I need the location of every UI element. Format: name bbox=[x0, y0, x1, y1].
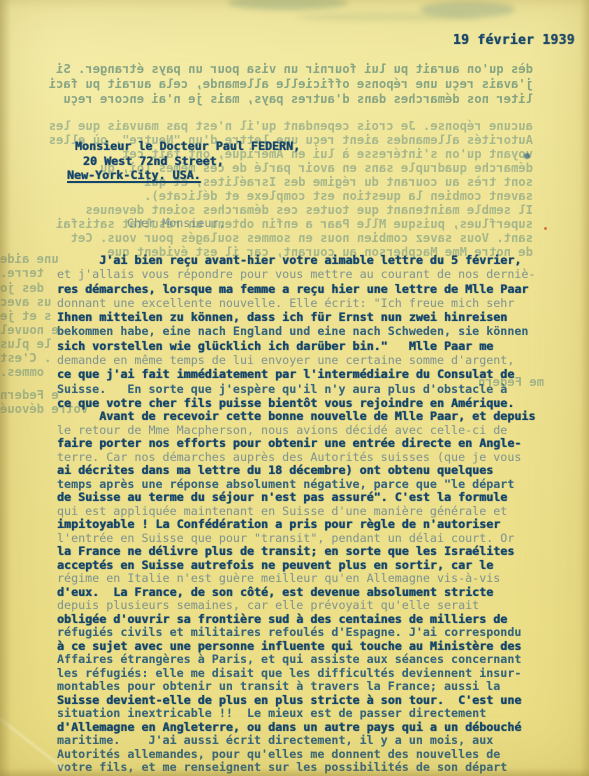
body-line: d'Allemagne en Angleterre, ou dans un au… bbox=[57, 721, 535, 735]
address-line: 20 West 72nd Street, bbox=[83, 154, 224, 168]
letter-date: 19 février 1939 bbox=[453, 33, 575, 48]
body-line: J'ai bien reçu avant-hier votre aimable … bbox=[57, 253, 535, 267]
bleedthrough-line: aucune réponse. Je crois cependant qu'il… bbox=[0, 119, 533, 133]
bleedthrough-line: sant. Vous savez combien nous en sommes … bbox=[0, 231, 533, 245]
ink-smudge bbox=[228, 0, 348, 10]
body-line: l'entrée en Suisse que pour "transit", p… bbox=[57, 532, 535, 546]
body-line: ai décrites dans ma lettre du 18 décembr… bbox=[57, 464, 535, 478]
bleedthrough-line: Il semble maintenant que toutes ces déma… bbox=[0, 203, 533, 217]
body-line: et j'allais vous répondre pour vous mett… bbox=[57, 267, 535, 281]
body-line: qui est appliquée maintenant en Suisse d… bbox=[57, 505, 535, 519]
paper-edge-shadow bbox=[580, 0, 589, 776]
body-line: sich vorstellen wie glücklich ich darübe… bbox=[57, 339, 535, 353]
body-line: le retour de Mme Macpherson, nous avions… bbox=[57, 424, 535, 438]
address-line: New-York-City. USA. bbox=[67, 168, 201, 182]
ink-smudge bbox=[295, 13, 480, 21]
address-line: Monsieur le Docteur Paul FEDERN, bbox=[75, 139, 300, 153]
bleedthrough-line: savent combien la question est complexe … bbox=[0, 189, 533, 203]
body-line: ce que j'ai fait immédiatement par l'int… bbox=[57, 367, 535, 381]
body-line: de Suisse au terme du séjour n'est pas a… bbox=[57, 491, 535, 505]
body-line: maritime. J'ai aussi écrit directement, … bbox=[57, 734, 535, 748]
body-line: impitoyable ! La Confédération a pris po… bbox=[57, 518, 535, 532]
scanned-letter-page: dès qu'on aurait pu lui fournir un visa … bbox=[0, 0, 589, 776]
body-line: les réfugiés: elle me disait que les dif… bbox=[57, 667, 535, 681]
body-line: bekommen habe, eine nach England und ein… bbox=[57, 324, 535, 338]
bleedthrough-line: liter nos démarches dans d'autres pays, … bbox=[0, 92, 533, 106]
body-line: montables pour obtenir un transit à trav… bbox=[57, 680, 535, 694]
body-line: situation inextricable !! Le mieux est d… bbox=[57, 707, 535, 721]
body-line: d'eux. La France, de son côté, est deven… bbox=[57, 586, 535, 600]
body-line: Suisse devient-elle de plus en plus stri… bbox=[57, 694, 535, 708]
salutation: Cher Monsieur, bbox=[127, 216, 226, 230]
body-line: temps après une réponse absolument négat… bbox=[57, 478, 535, 492]
body-line: obligée d'ouvrir sa frontière sud à des … bbox=[57, 613, 535, 627]
paper-edge-shadow bbox=[0, 768, 589, 776]
body-line: donnant une excellente nouvelle. Elle éc… bbox=[57, 296, 535, 310]
paper-edge-shadow bbox=[0, 0, 11, 776]
paragraph-2: Avant de recevoir cette bonne nouvelle d… bbox=[57, 410, 535, 775]
body-line: la France ne délivre plus de transit; en… bbox=[57, 545, 535, 559]
bleedthrough-line: dès qu'on aurait pu lui fournir un visa … bbox=[0, 62, 533, 76]
body-line: Affaires étrangères à Paris, et qui assi… bbox=[57, 653, 535, 667]
body-line: réfugiés civils et militaires refoulés d… bbox=[57, 626, 535, 640]
body-line: à ce sujet avec une personne influente q… bbox=[57, 640, 535, 654]
ink-dot bbox=[524, 153, 530, 159]
bleedthrough-line: superflues, puisque Mlle Paar a enfin ob… bbox=[0, 217, 533, 231]
body-line: res démarches, lorsque ma femme a reçu h… bbox=[57, 282, 535, 296]
ink-speck bbox=[544, 227, 547, 230]
body-line: faire porter nos efforts pour obtenir un… bbox=[57, 437, 535, 451]
body-line: depuis plusieurs semaines, car elle prév… bbox=[57, 599, 535, 613]
body-line: acceptés en Suisse autrefois ne peuvent … bbox=[57, 559, 535, 573]
bleedthrough-line: j'avais reçu une réponse officielle alle… bbox=[0, 77, 533, 91]
body-line: Avant de recevoir cette bonne nouvelle d… bbox=[57, 410, 535, 424]
paragraph-1: J'ai bien reçu avant-hier votre aimable … bbox=[57, 253, 535, 410]
body-line: Suisse. En sorte que j'espère qu'il n'y … bbox=[57, 382, 535, 396]
body-line: Ihnen mitteilen zu können, dass ich für … bbox=[57, 310, 535, 324]
body-line: terre. Car nos démarches auprès des Auto… bbox=[57, 451, 535, 465]
body-line: régime en Italie n'est guère meilleur qu… bbox=[57, 572, 535, 586]
body-line: demande en même temps de lui envoyer une… bbox=[57, 353, 535, 367]
body-line: Autorités allemandes, pour qu'elles me d… bbox=[57, 748, 535, 762]
